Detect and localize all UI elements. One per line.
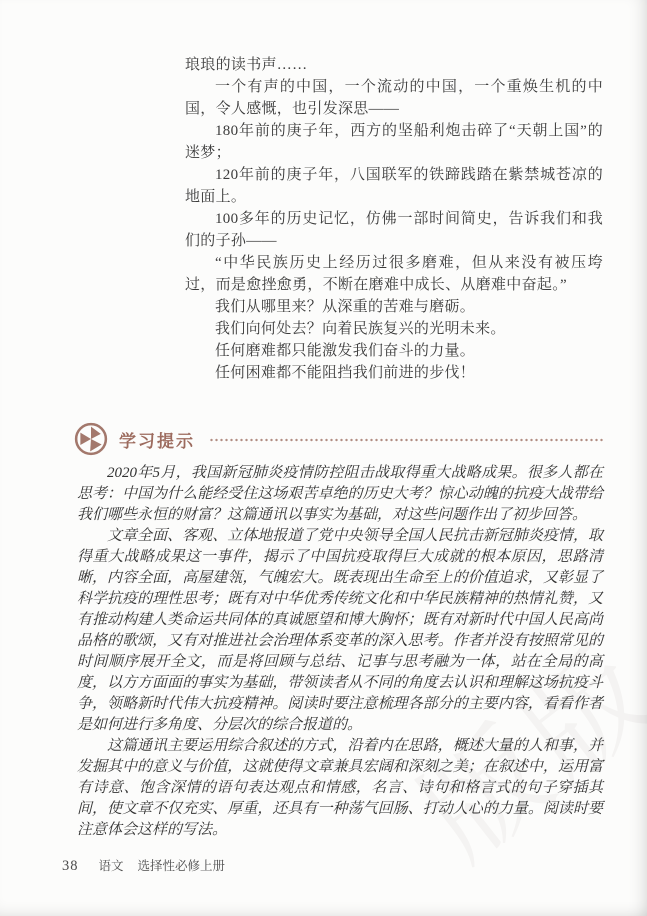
pep-press-logo-icon	[74, 422, 108, 456]
footer-book-title: 选择性必修上册	[138, 856, 226, 874]
study-tips-title: 学习提示	[119, 427, 195, 452]
textbook-page: 版 版 琅琅的读书声…… 一个有声的中国，一个流动的中国，一个重焕生机的中国，令…	[0, 0, 647, 916]
passage-paragraph: 我们向何处去？向着民族复兴的光明未来。	[185, 318, 603, 340]
passage-paragraph: 120年前的庚子年，八国联军的铁蹄践踏在紫禁城苍凉的地面上。	[185, 164, 603, 208]
dotted-leader	[209, 438, 604, 442]
footer-subject: 语文	[99, 856, 124, 874]
passage-paragraph: “中华民族历史上经历过很多磨难，但从来没有被压垮过，而是愈挫愈勇，不断在磨难中成…	[185, 252, 603, 296]
page-number: 38	[62, 858, 79, 875]
study-tips-paragraph: 2020年5月，我国新冠肺炎疫情防控阻击战取得重大战略成果。很多人都在思考：中国…	[77, 463, 603, 526]
passage-paragraph: 100多年的历史记忆，仿佛一部时间简史，告诉我们和我们的子孙——	[185, 208, 603, 252]
passage-paragraph: 一个有声的中国，一个流动的中国，一个重焕生机的中国，令人感慨，也引发深思——	[185, 76, 603, 120]
passage-paragraph: 180年前的庚子年，西方的坚船利炮击碎了“天朝上国”的迷梦；	[185, 120, 603, 164]
study-tips-paragraph: 文章全面、客观、立体地报道了党中央领导全国人民抗击新冠肺炎疫情，取得重大战略成果…	[77, 526, 603, 736]
study-tips-paragraph: 这篇通讯主要运用综合叙述的方式，沿着内在思路，概述大量的人和事，并发掘其中的意义…	[77, 736, 603, 841]
reading-passage: 琅琅的读书声…… 一个有声的中国，一个流动的中国，一个重焕生机的中国，令人感慨，…	[185, 54, 603, 384]
passage-paragraph: 任何困难都不能阻挡我们前进的步伐！	[185, 362, 603, 384]
passage-paragraph: 任何磨难都只能激发我们奋斗的力量。	[185, 340, 603, 362]
passage-paragraph: 琅琅的读书声……	[185, 54, 603, 76]
passage-paragraph: 我们从哪里来？从深重的苦难与磨砺。	[185, 296, 603, 318]
study-tips-body: 2020年5月，我国新冠肺炎疫情防控阻击战取得重大战略成果。很多人都在思考：中国…	[77, 463, 603, 841]
study-tips-header: 学习提示	[74, 420, 604, 458]
page-footer: 38 语文 选择性必修上册	[62, 856, 225, 875]
